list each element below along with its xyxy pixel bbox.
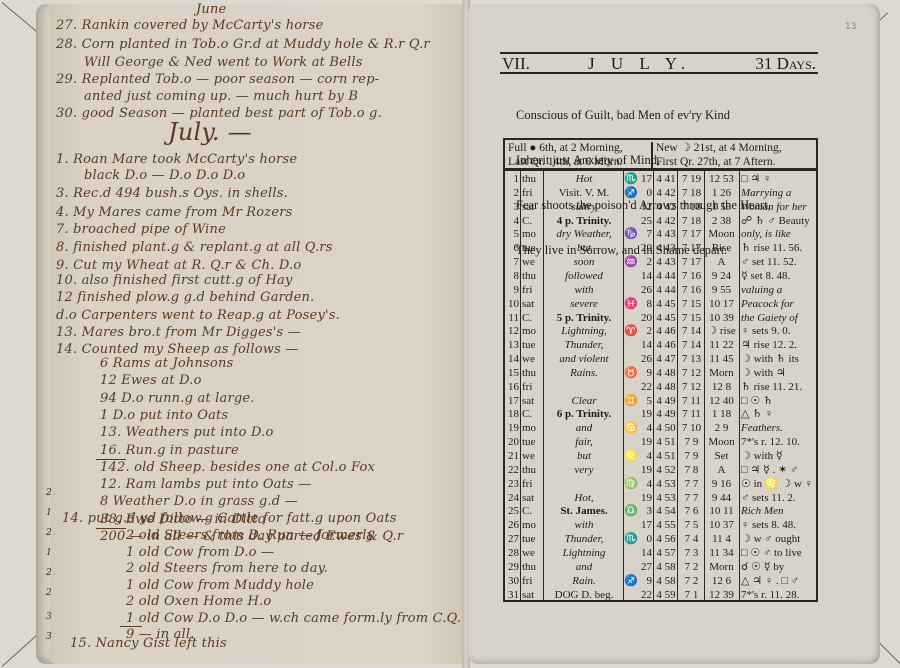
calendar-cell-aspect: ☿ set 8. 48. [741, 270, 819, 284]
calendar-cell-deg: 4 [636, 478, 652, 492]
calendar-cell-note: and [545, 561, 623, 575]
calendar-cell-wd: thu [522, 561, 543, 575]
calendar-row-day-1: 1thuHot♏174 417 1912 53□ ♃ ♀ [505, 173, 816, 187]
calendar-cell-deg: 2 [636, 325, 652, 339]
calendar-cell-set: 7 6 [679, 505, 704, 519]
calendar-row-day-30: 30friRain.♐94 587 212 6△ ♃ ♀ . □ ♂ [505, 575, 816, 589]
calendar-cell-rise: 4 55 [655, 519, 677, 533]
sheep-tally-line: 142. old Sheep. besides one at Col.o Fox [100, 460, 375, 475]
calendar-cell-d: 5 [505, 228, 519, 242]
sheep-tally-line: 6 Rams at Johnsons [100, 356, 233, 371]
cattle-tally-line: 1 old Cow D.o D.o — w.ch came form.ly fr… [126, 611, 468, 626]
calendar-cell-aspect: ♄ rise 11. 56. [741, 242, 819, 256]
calendar-cell-wd: thu [522, 464, 543, 478]
calendar-cell-moon: 2 38 [705, 215, 738, 229]
calendar-cell-d: 16 [505, 381, 519, 395]
calendar-row-day-15: 15thuRains.♉94 487 12Morn☽ with ♃ [505, 367, 816, 381]
calendar-cell-note: sultry [545, 201, 623, 215]
last-quarter-line: Last Qr. 14th, at 6 Morn. [508, 155, 623, 169]
calendar-cell-rise: 4 51 [655, 436, 677, 450]
diary-entry: 9. Cut my Wheat at R. Q.r & Ch. D.o [56, 258, 301, 273]
calendar-cell-rise: 4 43 [655, 242, 677, 256]
calendar-cell-wd: fri [522, 284, 543, 298]
calendar-cell-wd: C. [522, 408, 543, 422]
calendar-cell-moon: ☽ rise [705, 325, 738, 339]
calendar-cell-wd: thu [522, 367, 543, 381]
mount-corner-bottom-right [877, 640, 900, 666]
calendar-cell-note: with [545, 284, 623, 298]
calendar-cell-set: 7 2 [679, 575, 704, 589]
calendar-cell-rise: 4 42 [655, 187, 677, 201]
calendar-cell-wd: thu [522, 270, 543, 284]
calendar-cell-d: 11 [505, 312, 519, 326]
calendar-cell-wd: mo [522, 422, 543, 436]
calendar-cell-note: DOG D. beg. [545, 589, 623, 603]
calendar-cell-rise: 4 46 [655, 325, 677, 339]
calendar-cell-d: 15 [505, 367, 519, 381]
calendar-cell-set: 7 9 [679, 450, 704, 464]
calendar-cell-wd: we [522, 547, 543, 561]
calendar-cell-deg: 22 [636, 381, 652, 395]
calendar-row-day-25: 25C.St. James.♎34 547 610 11Rich Men [505, 505, 816, 519]
calendar-cell-set: 7 8 [679, 464, 704, 478]
calendar-row-day-5: 5modry Weather,♑74 437 17Moononly, is li… [505, 228, 816, 242]
calendar-cell-moon: 12 40 [705, 395, 738, 409]
calendar-cell-set: 7 7 [679, 492, 704, 506]
calendar-cell-rise: 4 47 [655, 353, 677, 367]
calendar-cell-aspect: ♂ set 11. 52. [741, 256, 819, 270]
calendar-cell-note: 6 p. Trinity. [545, 408, 623, 422]
diary-entry: 29. Replanted Tob.o — poor season — corn… [56, 72, 379, 87]
calendar-cell-aspect: the Gaiety of [741, 312, 819, 326]
calendar-cell-set: 7 17 [679, 242, 704, 256]
calendar-cell-set: 7 11 [679, 408, 704, 422]
calendar-row-day-10: 10satsevere♓84 457 1510 17Peacock for [505, 298, 816, 312]
calendar-cell-note: Rains. [545, 367, 623, 381]
calendar-cell-aspect: □ ♃ ♀ [741, 173, 819, 187]
diary-entry: 14. put g.d yd follow.g Cattle for fatt.… [62, 511, 397, 526]
calendar-cell-moon: Set [705, 450, 738, 464]
calendar-cell-d: 24 [505, 492, 519, 506]
calendar-cell-set: 7 5 [679, 519, 704, 533]
calendar-row-day-27: 27tueThunder,♏04 567 411 4☽ w ♂ ought [505, 533, 816, 547]
calendar-cell-d: 4 [505, 215, 519, 229]
calendar-cell-d: 30 [505, 575, 519, 589]
diary-entry: 7. broached pipe of Wine [56, 222, 226, 237]
calendar-cell-moon: A [705, 256, 738, 270]
calendar-cell-d: 27 [505, 533, 519, 547]
calendar-cell-rise: 4 48 [655, 367, 677, 381]
calendar-cell-rise: 4 56 [655, 533, 677, 547]
calendar-cell-set: 7 17 [679, 228, 704, 242]
calendar-cell-d: 2 [505, 187, 519, 201]
calendar-cell-set: 7 15 [679, 312, 704, 326]
calendar-cell-d: 8 [505, 270, 519, 284]
calendar-cell-deg: 7 [636, 228, 652, 242]
calendar-cell-d: 23 [505, 478, 519, 492]
calendar-cell-set: 7 12 [679, 381, 704, 395]
calendar-row-day-3: 3satsultry124 427 181 59Woman for her [505, 201, 816, 215]
calendar-cell-moon: 12 39 [705, 589, 738, 603]
calendar-cell-deg: 19 [636, 408, 652, 422]
calendar-cell-set: 7 14 [679, 325, 704, 339]
calendar-row-day-14: 14weand violent264 477 1311 45☽ with ♄ i… [505, 353, 816, 367]
calendar-cell-d: 21 [505, 450, 519, 464]
calendar-cell-rise: 4 50 [655, 422, 677, 436]
calendar-cell-wd: tue [522, 436, 543, 450]
sheep-tally-line: 94 D.o runn.g at large. [100, 391, 255, 406]
cattle-tally-line: 1 old Cow from Muddy hole [126, 578, 314, 593]
calendar-cell-rise: 4 43 [655, 256, 677, 270]
calendar-cell-d: 20 [505, 436, 519, 450]
calendar-cell-rise: 4 51 [655, 450, 677, 464]
calendar-cell-wd: we [522, 256, 543, 270]
sheep-tally-line: 16. Run.g in pasture [100, 443, 239, 458]
calendar-cell-d: 14 [505, 353, 519, 367]
calendar-cell-set: 7 18 [679, 215, 704, 229]
archival-scan: June27. Rankin covered by McCarty's hors… [0, 0, 900, 668]
calendar-cell-aspect: ♀ sets 8. 48. [741, 519, 819, 533]
calendar-cell-moon: 9 55 [705, 284, 738, 298]
calendar-cell-moon: 9 16 [705, 478, 738, 492]
calendar-row-day-7: 7wesoon♒24 437 17A♂ set 11. 52. [505, 256, 816, 270]
calendar-row-day-21: 21webut♌44 517 9Set☽ with ☿ [505, 450, 816, 464]
calendar-cell-set: 7 1 [679, 589, 704, 603]
calendar-row-day-18: 18C.6 p. Trinity.194 497 111 18△ ♄ ♀ [505, 408, 816, 422]
calendar-cell-rise: 4 43 [655, 228, 677, 242]
sheep-tally-line: 1 D.o put into Oats [100, 408, 228, 423]
calendar-cell-aspect: Peacock for [741, 298, 819, 312]
calendar-cell-moon: 11 45 [705, 353, 738, 367]
calendar-cell-deg: 14 [636, 339, 652, 353]
calendar-cell-moon: 10 37 [705, 519, 738, 533]
calendar-cell-d: 9 [505, 284, 519, 298]
calendar-cell-note: Hot [545, 173, 623, 187]
diary-entry: 1. Roan Mare took McCarty's horse [56, 152, 297, 167]
calendar-cell-note: with [545, 519, 623, 533]
calendar-row-day-24: 24satHot,194 537 79 44♂ sets 11. 2. [505, 492, 816, 506]
month-heading-july: July. — [168, 118, 252, 146]
diary-entry: 4. My Mares came from Mr Rozers [56, 205, 293, 220]
calendar-cell-aspect: ♀ sets 9. 0. [741, 325, 819, 339]
diary-entry: 28. Corn planted in Tob.o Gr.d at Muddy … [56, 37, 430, 52]
calendar-cell-wd: sat [522, 201, 543, 215]
calendar-cell-note: Visit. V. M. [545, 187, 623, 201]
calendar-cell-wd: fri [522, 381, 543, 395]
calendar-cell-deg: 17 [636, 173, 652, 187]
calendar-cell-deg: 8 [636, 298, 652, 312]
calendar-row-day-6: 6tuebut204 437 17Rise♄ rise 11. 56. [505, 242, 816, 256]
calendar-cell-aspect: ♂ sets 11. 2. [741, 492, 819, 506]
calendar-row-day-23: 23fri♍44 537 79 16☉ in ♌ ☽ w ♀ [505, 478, 816, 492]
calendar-cell-d: 17 [505, 395, 519, 409]
calendar-cell-note: Lightning, [545, 325, 623, 339]
calendar-cell-note: Thunder, [545, 339, 623, 353]
calendar-cell-note: and violent [545, 353, 623, 367]
diary-entry: anted just coming up. — much hurt by B [84, 89, 358, 104]
calendar-cell-note: very [545, 464, 623, 478]
calendar-cell-set: 7 4 [679, 533, 704, 547]
calendar-cell-set: 7 7 [679, 478, 704, 492]
calendar-row-day-31: 31satDOG D. beg.224 597 112 397*'s r. 11… [505, 589, 816, 603]
calendar-cell-rise: 4 44 [655, 284, 677, 298]
calendar-cell-wd: C. [522, 505, 543, 519]
calendar-cell-wd: C. [522, 312, 543, 326]
calendar-row-day-29: 29thuand274 587 2Morn☌ ☉ ☿ by [505, 561, 816, 575]
calendar-cell-d: 1 [505, 173, 519, 187]
calendar-cell-wd: sat [522, 298, 543, 312]
calendar-cell-aspect: Marrying a [741, 187, 819, 201]
calendar-cell-deg: 25 [636, 215, 652, 229]
calendar-cell-rise: 4 52 [655, 464, 677, 478]
calendar-cell-set: 7 11 [679, 395, 704, 409]
calendar-cell-deg: 12 [636, 201, 652, 215]
calendar-cell-aspect: ♄ rise 11. 21. [741, 381, 819, 395]
calendar-cell-d: 6 [505, 242, 519, 256]
calendar-cell-aspect: ♃ rise 12. 2. [741, 339, 819, 353]
almanac-title-bar: VII. J U L Y. 31 Days. [500, 52, 818, 74]
calendar-cell-aspect: ☌ ☉ ☿ by [741, 561, 819, 575]
sheep-tally-line: 12 Ewes at D.o [100, 373, 202, 388]
calendar-cell-deg: 0 [636, 533, 652, 547]
calendar-cell-moon: 11 4 [705, 533, 738, 547]
calendar-cell-deg: 9 [636, 367, 652, 381]
calendar-row-day-17: 17satClear♊54 497 1112 40□ ☉ ♄ [505, 395, 816, 409]
calendar-cell-note: 5 p. Trinity. [545, 312, 623, 326]
calendar-cell-deg: 26 [636, 353, 652, 367]
calendar-cell-moon: 1 26 [705, 187, 738, 201]
calendar-cell-moon: Rise [705, 242, 738, 256]
calendar-cell-set: 7 16 [679, 284, 704, 298]
calendar-cell-moon: Moon [705, 228, 738, 242]
calendar-cell-d: 18 [505, 408, 519, 422]
calendar-cell-note: but [545, 242, 623, 256]
calendar-cell-moon: 10 17 [705, 298, 738, 312]
calendar-cell-aspect: □ ♃ ☿ . ✶ ♂ [741, 464, 819, 478]
calendar-cell-d: 22 [505, 464, 519, 478]
calendar-cell-rise: 4 59 [655, 589, 677, 603]
moon-phases-box: Full ● 6th, at 2 Morning, Last Qr. 14th,… [503, 138, 818, 170]
calendar-cell-wd: tue [522, 339, 543, 353]
calendar-cell-moon: Morn [705, 561, 738, 575]
calendar-cell-moon: Moon [705, 436, 738, 450]
calendar-cell-deg: 19 [636, 492, 652, 506]
cattle-tally-line: 2 old Steers from here to day. [126, 561, 328, 576]
calendar-cell-deg: 2 [636, 256, 652, 270]
margin-number: 2 [46, 568, 52, 578]
calendar-cell-aspect: ☽ w ♂ ought [741, 533, 819, 547]
calendar-cell-deg: 27 [636, 561, 652, 575]
calendar-cell-wd: mo [522, 325, 543, 339]
calendar-cell-set: 7 13 [679, 353, 704, 367]
calendar-row-day-8: 8thufollowed144 447 169 24☿ set 8. 48. [505, 270, 816, 284]
calendar-cell-d: 26 [505, 519, 519, 533]
sheep-tally-line: 12. Ram lambs put into Oats — [100, 477, 311, 492]
calendar-cell-wd: sat [522, 589, 543, 603]
new-moon-line: New ☽ 21st, at 4 Morning, [656, 141, 782, 155]
calendar-cell-d: 28 [505, 547, 519, 561]
calendar-cell-note: Rain. [545, 575, 623, 589]
calendar-cell-set: 7 19 [679, 173, 704, 187]
margin-number: 3 [46, 612, 52, 622]
calendar-cell-note: but [545, 450, 623, 464]
calendar-cell-aspect: ☉ in ♌ ☽ w ♀ [741, 478, 819, 492]
calendar-cell-moon: 2 9 [705, 422, 738, 436]
calendar-cell-moon: 10 39 [705, 312, 738, 326]
calendar-cell-set: 7 2 [679, 561, 704, 575]
calendar-cell-note: Lightning [545, 547, 623, 561]
diary-entry: 14. Counted my Sheep as follows — [56, 342, 299, 357]
calendar-cell-set: 7 16 [679, 270, 704, 284]
mount-corner-bottom-left [2, 634, 38, 667]
calendar-cell-moon: A [705, 464, 738, 478]
calendar-cell-rise: 4 44 [655, 270, 677, 284]
margin-number: 1 [46, 548, 52, 558]
calendar-row-day-28: 28weLightning144 577 311 34□ ☉ ♂ to live [505, 547, 816, 561]
cattle-tally-line: 2 old Steers from D. Run — formerly [126, 528, 374, 543]
calendar-cell-rise: 4 58 [655, 575, 677, 589]
days-count: 31 Days. [755, 54, 816, 74]
margin-number: 2 [46, 528, 52, 538]
mount-corner-top-left [2, 2, 39, 34]
calendar-cell-wd: sat [522, 395, 543, 409]
calendar-cell-aspect: Woman for her [741, 201, 819, 215]
diary-entry: 3. Rec.d 494 bush.s Oys. in shells. [56, 186, 288, 201]
calendar-row-day-20: 20tuefair,194 517 9Moon7*'s r. 12. 10. [505, 436, 816, 450]
calendar-cell-moon: 12 53 [705, 173, 738, 187]
calendar-row-day-26: 26mowith174 557 510 37♀ sets 8. 48. [505, 519, 816, 533]
calendar-cell-wd: fri [522, 478, 543, 492]
calendar-row-day-4: 4C.4 p. Trinity.254 427 182 38☍ ♄ ♂ Beau… [505, 215, 816, 229]
calendar-cell-moon: 11 22 [705, 339, 738, 353]
calendar-cell-aspect: ☽ with ♃ [741, 367, 819, 381]
calendar-cell-deg: 4 [636, 422, 652, 436]
calendar-cell-d: 29 [505, 561, 519, 575]
calendar-cell-rise: 4 41 [655, 173, 677, 187]
calendar-cell-note: Clear [545, 395, 623, 409]
calendar-cell-moon: 1 59 [705, 201, 738, 215]
calendar-cell-deg: 14 [636, 270, 652, 284]
calendar-cell-rise: 4 45 [655, 312, 677, 326]
calendar-cell-moon: 10 11 [705, 505, 738, 519]
margin-number: 1 [46, 508, 52, 518]
calendar-cell-aspect: ☍ ♄ ♂ Beauty [741, 215, 819, 229]
calendar-cell-set: 7 18 [679, 187, 704, 201]
first-quarter-line: First Qr. 27th, at 7 Aftern. [656, 155, 782, 169]
calendar-cell-rise: 4 45 [655, 298, 677, 312]
calendar-cell-deg: 3 [636, 505, 652, 519]
calendar-cell-wd: tue [522, 242, 543, 256]
calendar-cell-deg: 20 [636, 242, 652, 256]
calendar-cell-aspect: ☽ with ☿ [741, 450, 819, 464]
calendar-cell-d: 25 [505, 505, 519, 519]
calendar-cell-wd: we [522, 450, 543, 464]
calendar-cell-wd: C. [522, 215, 543, 229]
calendar-cell-note: Hot, [545, 492, 623, 506]
calendar-cell-aspect: Rich Men [741, 505, 819, 519]
calendar-cell-rise: 4 49 [655, 395, 677, 409]
calendar-cell-deg: 14 [636, 547, 652, 561]
calendar-cell-set: 7 10 [679, 422, 704, 436]
calendar-row-day-12: 12moLightning,♈24 467 14☽ rise♀ sets 9. … [505, 325, 816, 339]
calendar-cell-note: followed [545, 270, 623, 284]
cattle-tally-line: 2 old Oxen Home H.o [126, 594, 271, 609]
diary-entry: 8. finished plant.g & replant.g at all Q… [56, 240, 333, 255]
calendar-cell-moon: 12 8 [705, 381, 738, 395]
calendar-cell-rise: 4 49 [655, 408, 677, 422]
calendar-cell-rise: 4 42 [655, 201, 677, 215]
diary-entry: 27. Rankin covered by McCarty's horse [56, 18, 324, 33]
calendar-cell-rise: 4 54 [655, 505, 677, 519]
calendar-cell-deg: 19 [636, 436, 652, 450]
calendar-row-day-11: 11C.5 p. Trinity.204 457 1510 39the Gaie… [505, 312, 816, 326]
margin-number: 2 [46, 488, 52, 498]
calendar-cell-note: fair, [545, 436, 623, 450]
calendar-cell-moon: 11 34 [705, 547, 738, 561]
calendar-cell-note: severe [545, 298, 623, 312]
calendar-cell-rise: 4 48 [655, 381, 677, 395]
diary-entry: Will George & Ned went to Work at Bells [84, 55, 363, 70]
calendar-cell-aspect: △ ♄ ♀ [741, 408, 819, 422]
calendar-cell-moon: 12 6 [705, 575, 738, 589]
calendar-cell-moon: Morn [705, 367, 738, 381]
calendar-cell-moon: 9 24 [705, 270, 738, 284]
calendar-cell-wd: sat [522, 492, 543, 506]
calendar-cell-d: 31 [505, 589, 519, 603]
calendar-cell-set: 7 17 [679, 256, 704, 270]
calendar-cell-aspect: □ ☉ ♂ to live [741, 547, 819, 561]
calendar-cell-rise: 4 53 [655, 478, 677, 492]
calendar-cell-d: 19 [505, 422, 519, 436]
diary-entry: 10. also finished first cutt.g of Hay [56, 273, 293, 288]
almanac-calendar-table: 1thuHot♏174 417 1912 53□ ♃ ♀2friVisit. V… [503, 170, 818, 602]
calendar-cell-moon: 1 18 [705, 408, 738, 422]
folio-number: 13 [845, 22, 856, 32]
calendar-cell-set: 7 9 [679, 436, 704, 450]
month-roman-numeral: VII. [502, 54, 530, 74]
calendar-cell-set: 7 12 [679, 367, 704, 381]
calendar-cell-wd: mo [522, 228, 543, 242]
full-moon-line: Full ● 6th, at 2 Morning, [508, 141, 623, 155]
diary-entry: 13. Mares bro.t from Mr Digges's — [56, 325, 301, 340]
calendar-cell-wd: fri [522, 187, 543, 201]
calendar-cell-rise: 4 42 [655, 215, 677, 229]
sheep-tally-line: 8 Weather D.o in grass g.d — [100, 494, 298, 509]
calendar-cell-rise: 4 46 [655, 339, 677, 353]
calendar-cell-aspect: valuing a [741, 284, 819, 298]
calendar-row-day-9: 9friwith264 447 169 55valuing a [505, 284, 816, 298]
verse-line: Conscious of Guilt, bad Men of ev'ry Kin… [516, 108, 771, 123]
margin-number: 3 [46, 632, 52, 642]
calendar-cell-d: 13 [505, 339, 519, 353]
calendar-row-day-16: 16fri224 487 1212 8♄ rise 11. 21. [505, 381, 816, 395]
calendar-cell-deg: 5 [636, 395, 652, 409]
calendar-cell-set: 7 14 [679, 339, 704, 353]
calendar-cell-rise: 4 57 [655, 547, 677, 561]
calendar-row-day-22: 22thuvery194 527 8A□ ♃ ☿ . ✶ ♂ [505, 464, 816, 478]
sheep-tally-line: 13. Weathers put into D.o [100, 425, 274, 440]
calendar-cell-deg: 20 [636, 312, 652, 326]
cattle-tally-line: 1 old Cow from D.o — [126, 545, 274, 560]
calendar-cell-wd: fri [522, 575, 543, 589]
calendar-cell-wd: mo [522, 519, 543, 533]
calendar-cell-note: St. James. [545, 505, 623, 519]
month-title: J U L Y. [588, 54, 691, 74]
calendar-row-day-2: 2friVisit. V. M.♐04 427 181 26Marrying a [505, 187, 816, 201]
calendar-cell-d: 12 [505, 325, 519, 339]
calendar-cell-note: soon [545, 256, 623, 270]
calendar-cell-deg: 26 [636, 284, 652, 298]
